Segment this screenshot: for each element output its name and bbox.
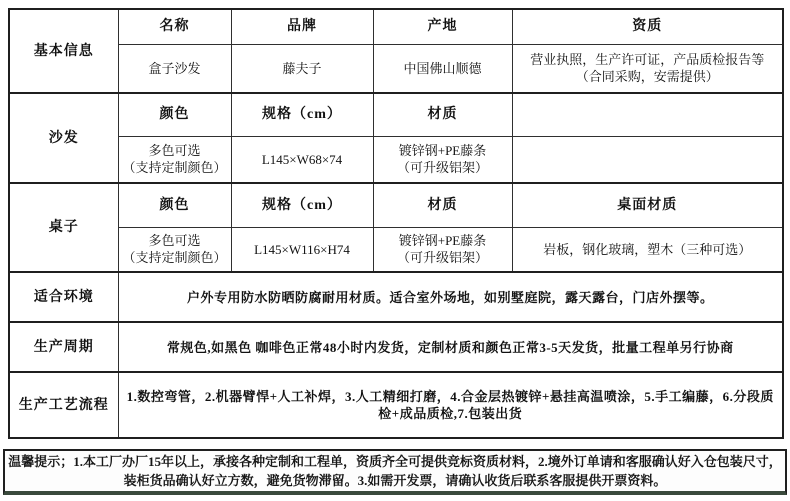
sofa-value-material: 镀锌钢+PE藤条（可升级铝架） <box>373 136 512 183</box>
product-spec-table: 基本信息 名称 品牌 产地 资质 盒子沙发 藤夫子 中国佛山顺德 营业执照，生产… <box>8 8 784 439</box>
sofa-value-extra-empty <box>512 136 783 183</box>
section-label-basic-info: 基本信息 <box>9 9 118 93</box>
desk-header-size: 规格（cm） <box>231 183 373 227</box>
desk-value-color: 多色可选（支持定制颜色） <box>118 227 231 272</box>
product-spec-sheet: 基本信息 名称 品牌 产地 资质 盒子沙发 藤夫子 中国佛山顺德 营业执照，生产… <box>0 0 790 501</box>
sofa-header-extra-empty <box>512 93 783 136</box>
section-label-sofa: 沙发 <box>9 93 118 183</box>
basic-value-origin: 中国佛山顺德 <box>373 44 512 93</box>
sofa-header-material: 材质 <box>373 93 512 136</box>
desk-header-material: 材质 <box>373 183 512 227</box>
basic-value-brand: 藤夫子 <box>231 44 373 93</box>
basic-value-name: 盒子沙发 <box>118 44 231 93</box>
production-cycle-text: 常规色,如黑色 咖啡色正常48小时内发货，定制材质和颜色正常3-5天发货，批量工… <box>118 322 783 372</box>
basic-value-qualification: 营业执照，生产许可证，产品质检报告等（合同采购，安需提供） <box>512 44 783 93</box>
sofa-value-size: L145×W68×74 <box>231 136 373 183</box>
desk-header-top-material: 桌面材质 <box>512 183 783 227</box>
section-label-desk: 桌子 <box>9 183 118 272</box>
row-label-environment: 适合环境 <box>9 272 118 322</box>
sofa-header-color: 颜色 <box>118 93 231 136</box>
basic-header-brand: 品牌 <box>231 9 373 44</box>
row-label-production-cycle: 生产周期 <box>9 322 118 372</box>
desk-value-top-material: 岩板，钢化玻璃，塑木（三种可选） <box>512 227 783 272</box>
row-label-process: 生产工艺流程 <box>9 372 118 438</box>
sofa-header-size: 规格（cm） <box>231 93 373 136</box>
desk-value-material: 镀锌钢+PE藤条（可升级铝架） <box>373 227 512 272</box>
basic-header-name: 名称 <box>118 9 231 44</box>
sofa-value-color: 多色可选（支持定制颜色） <box>118 136 231 183</box>
basic-header-origin: 产地 <box>373 9 512 44</box>
warm-tip: 温馨提示；1.本工厂办厂15年以上，承接各种定制和工程单，资质齐全可提供竞标资质… <box>3 449 787 495</box>
desk-header-color: 颜色 <box>118 183 231 227</box>
basic-header-qualification: 资质 <box>512 9 783 44</box>
warm-tip-text: 温馨提示；1.本工厂办厂15年以上，承接各种定制和工程单，资质齐全可提供竞标资质… <box>5 452 785 490</box>
process-text: 1.数控弯管，2.机器臂悍+人工补焊，3.人工精细打磨，4.合金层热镀锌+悬挂高… <box>118 372 783 438</box>
desk-value-size: L145×W116×H74 <box>231 227 373 272</box>
environment-text: 户外专用防水防晒防腐耐用材质。适合室外场地，如别墅庭院，露天露台，门店外摆等。 <box>118 272 783 322</box>
